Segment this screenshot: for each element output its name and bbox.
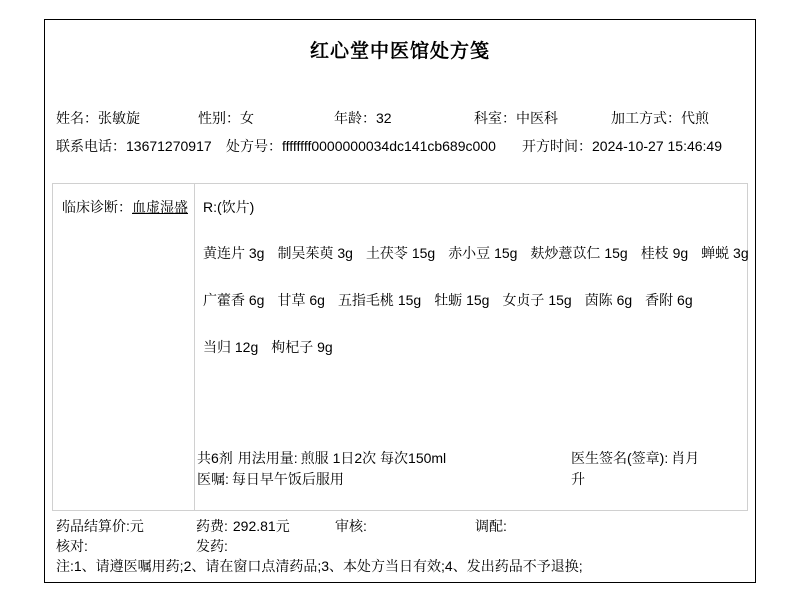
medicine-item: 香附 6g (645, 292, 692, 308)
usage-label: 用法用量: (238, 450, 298, 466)
prescription-sheet: 红心堂中医馆处方笺 姓名：张敏旋 性别：女 年龄：32 科室：中医科 加工方式：… (44, 19, 756, 583)
medicine-item: 桂枝 9g (641, 245, 688, 261)
medicine-item: 牡蛎 15g (434, 292, 489, 308)
table-column-divider (194, 184, 195, 510)
phone-field: 联系电话：13671270917 (56, 136, 212, 156)
settlement-price-label: 药品结算价: (56, 518, 130, 534)
doctor-advice-field: 医嘱:每日早午饭后服用 (197, 469, 344, 489)
doctor-signature-label: 医生签名(签章): (571, 450, 668, 466)
medicine-item: 土茯苓 15g (366, 245, 435, 261)
issue-time-label: 开方时间： (522, 138, 592, 154)
department-value: 中医科 (516, 110, 558, 126)
usage-value: 煎服 1日2次 每次150ml (301, 450, 446, 466)
review-field: 审核: (335, 516, 367, 536)
medicine-line: 当归 12g枸杞子 9g (203, 340, 739, 354)
issue-time-field: 开方时间：2024-10-27 15:46:49 (522, 136, 722, 156)
check-field: 核对: (56, 536, 88, 556)
patient-age-label: 年龄： (334, 110, 376, 126)
review-label: 审核: (335, 518, 367, 534)
department-label: 科室： (474, 110, 516, 126)
notes-line: 注:1、请遵医嘱用药;2、请在窗口点清药品;3、本处方当日有效;4、发出药品不予… (56, 556, 583, 576)
patient-gender-value: 女 (240, 110, 254, 126)
prescription-no-field: 处方号：ffffffff0000000034dc141cb689c000 (226, 136, 496, 156)
issue-time-value: 2024-10-27 15:46:49 (592, 138, 722, 154)
check-label: 核对: (56, 538, 88, 554)
rx-form-header: R:(饮片) (203, 197, 254, 217)
settlement-price-unit: 元 (130, 518, 144, 534)
patient-name-value: 张敏旋 (98, 110, 140, 126)
medicine-fee-label: 药费: (196, 518, 228, 534)
medicine-item: 麸炒薏苡仁 15g (530, 245, 627, 261)
phone-value: 13671270917 (126, 138, 212, 154)
processing-method-value: 代煎 (681, 110, 709, 126)
medicine-line: 广藿香 6g甘草 6g五指毛桃 15g牡蛎 15g女贞子 15g茵陈 6g香附 … (203, 293, 739, 307)
medicine-item: 赤小豆 15g (448, 245, 517, 261)
page-title: 红心堂中医馆处方笺 (45, 36, 755, 63)
processing-method-label: 加工方式： (611, 110, 681, 126)
usage-field: 共6剂用法用量:煎服 1日2次 每次150ml (197, 448, 446, 468)
patient-gender-label: 性别： (198, 110, 240, 126)
prescription-table: 临床诊断：血虚湿盛 R:(饮片) 黄连片 3g制吴茱萸 3g土茯苓 15g赤小豆… (52, 183, 748, 511)
doctor-advice-label: 医嘱: (197, 471, 229, 487)
department-field: 科室：中医科 (474, 108, 558, 128)
dispense-label: 发药: (196, 538, 228, 554)
dispense-field: 发药: (196, 536, 228, 556)
prescription-no-label: 处方号： (226, 138, 282, 154)
clinical-diagnosis-field: 临床诊断：血虚湿盛 (62, 197, 188, 217)
clinical-diagnosis-label: 临床诊断： (62, 199, 132, 215)
medicine-item: 广藿香 6g (203, 292, 264, 308)
medicine-item: 黄连片 3g (203, 245, 264, 261)
medicine-item: 五指毛桃 15g (338, 292, 421, 308)
total-doses: 共6剂 (197, 450, 233, 466)
prepare-field: 调配: (475, 516, 507, 536)
medicine-fee-field: 药费:292.81元 (196, 516, 290, 536)
prescription-no-value: ffffffff0000000034dc141cb689c000 (282, 138, 496, 154)
medicine-item: 甘草 6g (277, 292, 324, 308)
clinical-diagnosis-value: 血虚湿盛 (132, 199, 188, 215)
medicine-item: 茵陈 6g (585, 292, 632, 308)
medicine-item: 当归 12g (203, 339, 258, 355)
medicine-item: 女贞子 15g (502, 292, 571, 308)
patient-name-field: 姓名：张敏旋 (56, 108, 140, 128)
patient-age-field: 年龄：32 (334, 108, 392, 128)
patient-gender-field: 性别：女 (198, 108, 254, 128)
settlement-price-field: 药品结算价:元 (56, 516, 144, 536)
medicine-item: 制吴茱萸 3g (277, 245, 352, 261)
medicine-fee-value: 292.81元 (233, 518, 290, 534)
phone-label: 联系电话： (56, 138, 126, 154)
medicine-line: 黄连片 3g制吴茱萸 3g土茯苓 15g赤小豆 15g麸炒薏苡仁 15g桂枝 9… (203, 246, 739, 260)
doctor-signature-field: 医生签名(签章):肖月升 (571, 448, 711, 490)
patient-name-label: 姓名： (56, 110, 98, 126)
medicine-item: 枸杞子 9g (271, 339, 332, 355)
processing-method-field: 加工方式：代煎 (611, 108, 709, 128)
medicine-lines: 黄连片 3g制吴茱萸 3g土茯苓 15g赤小豆 15g麸炒薏苡仁 15g桂枝 9… (203, 246, 739, 387)
patient-age-value: 32 (376, 110, 392, 126)
medicine-item: 蝉蜕 3g (701, 245, 748, 261)
doctor-advice-value: 每日早午饭后服用 (232, 471, 344, 487)
prepare-label: 调配: (475, 518, 507, 534)
